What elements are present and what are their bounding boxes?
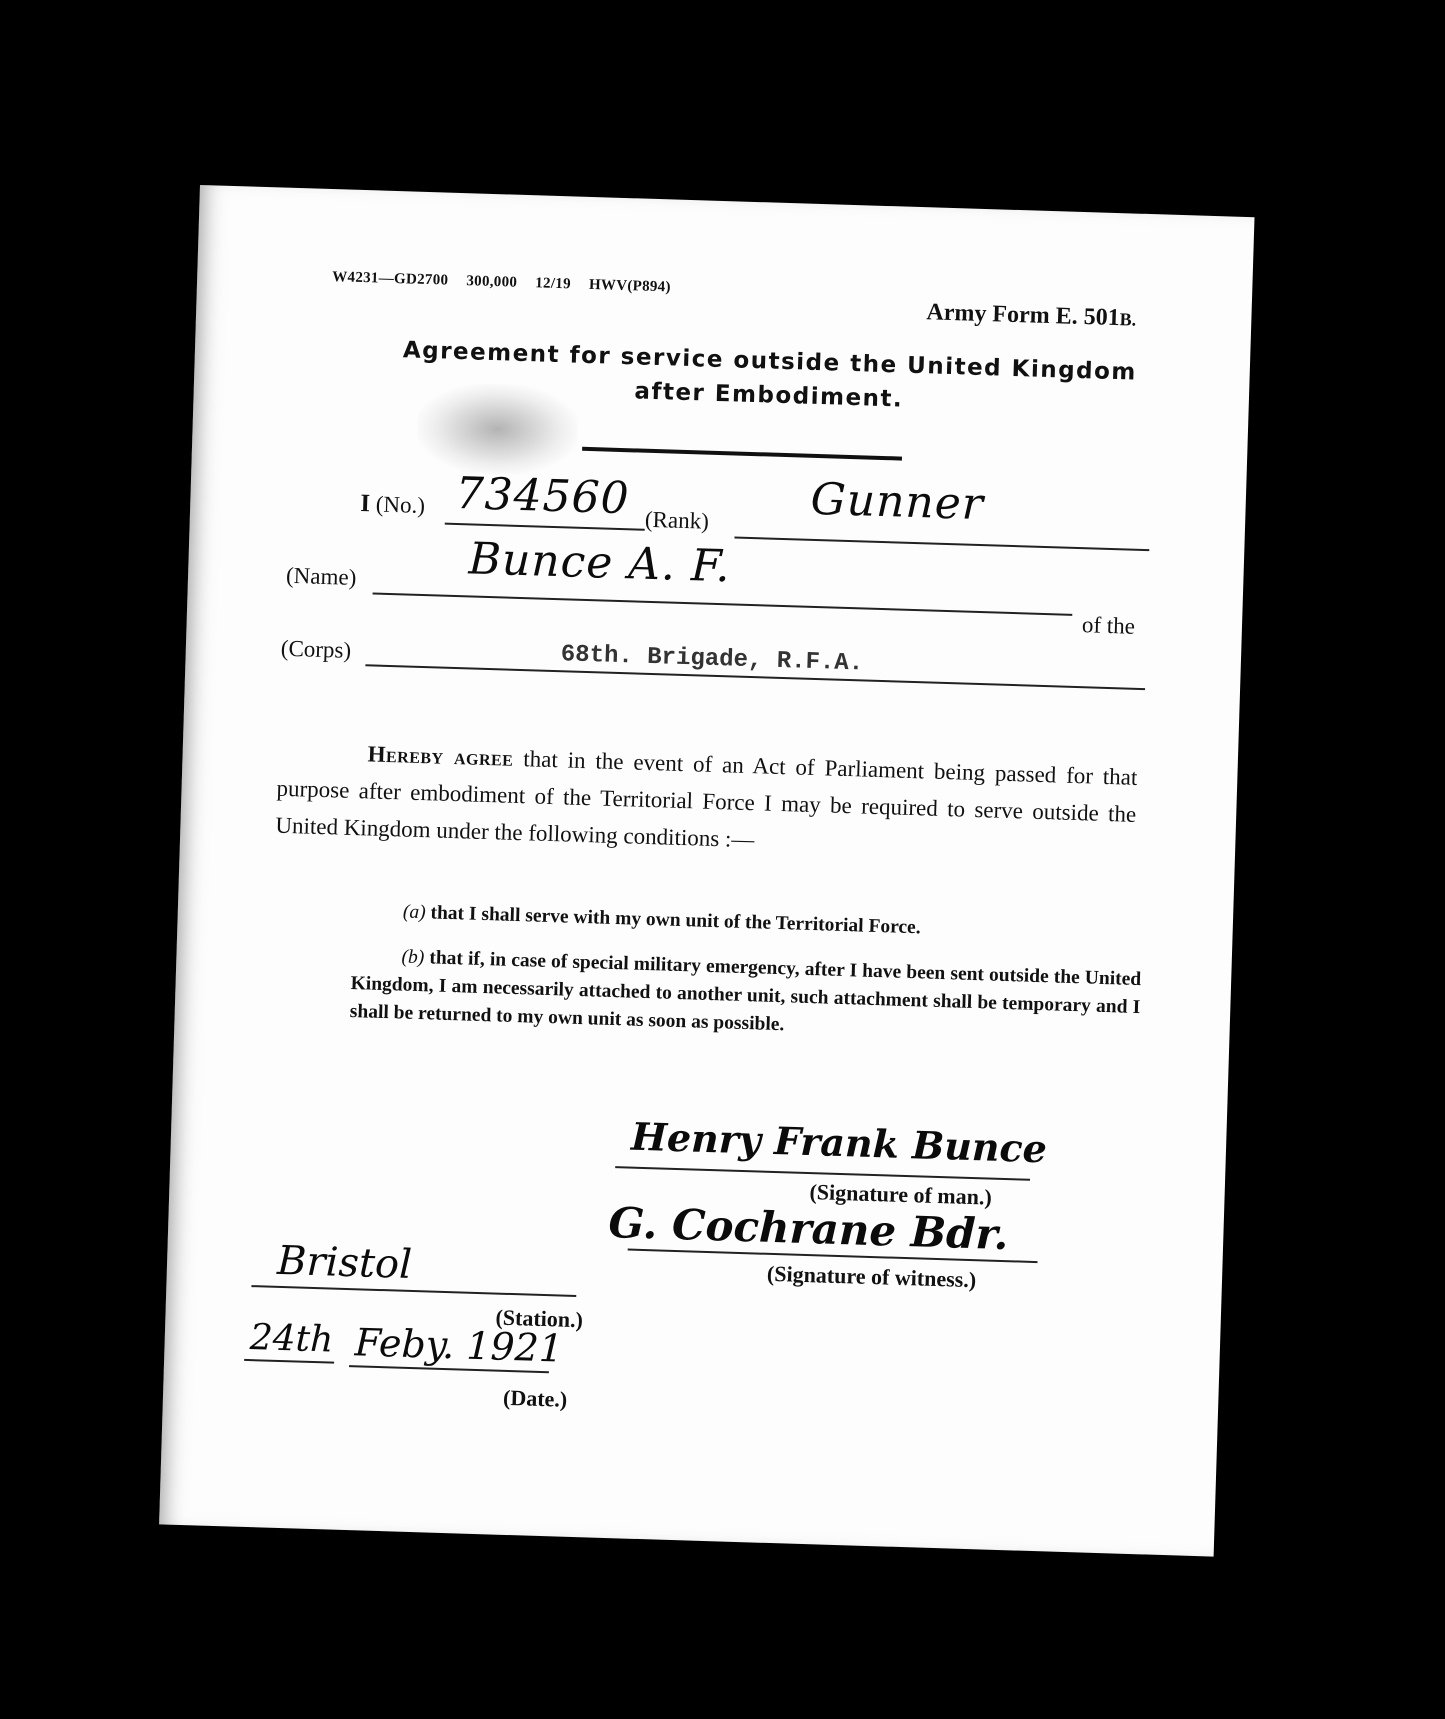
condition-b-marker: (b) <box>401 947 424 969</box>
agreement-paragraph: Hereby agree that in the event of an Act… <box>275 733 1138 870</box>
name-label: (Name) <box>286 563 357 591</box>
condition-b: (b) that if, in case of special military… <box>349 942 1141 1050</box>
station-field[interactable]: Bristol <box>276 1238 412 1288</box>
ink-smudge <box>416 382 579 477</box>
form-number: Army Form E. 501B. <box>926 299 1137 332</box>
print-code: W4231—GD2700 300,000 12/19 HWV(P894) <box>332 269 685 297</box>
number-label: (No.) <box>375 492 425 518</box>
form-number-prefix: Army Form E. 501 <box>926 299 1120 331</box>
rank-line <box>734 536 1149 551</box>
condition-a-marker: (a) <box>403 902 426 924</box>
army-form-paper: W4231—GD2700 300,000 12/19 HWV(P894) Arm… <box>159 185 1254 1557</box>
title-rule <box>582 447 902 461</box>
name-line <box>373 592 1073 615</box>
man-signature[interactable]: Henry Frank Bunce <box>630 1114 1047 1172</box>
rank-label: (Rank) <box>645 507 710 535</box>
condition-a-text: that I shall serve with my own unit of t… <box>425 902 921 938</box>
hereby-agree: Hereby agree <box>367 741 514 770</box>
condition-b-text: that if, in case of special military eme… <box>350 947 1142 1035</box>
date-day-field[interactable]: 24th <box>249 1317 334 1361</box>
corps-label: (Corps) <box>280 636 351 664</box>
print-code-ref: W4231—GD2700 <box>332 269 449 289</box>
intro-I-label: I (No.) <box>360 490 425 520</box>
of-the-label: of the <box>1082 612 1136 640</box>
rank-field[interactable]: Gunner <box>810 474 985 530</box>
intro-I: I <box>360 490 371 517</box>
date-label: (Date.) <box>503 1385 568 1413</box>
name-field[interactable]: Bunce A. F. <box>468 533 732 592</box>
print-code-printer: HWV(P894) <box>589 277 671 295</box>
print-code-quantity: 300,000 <box>466 273 517 291</box>
date-month-year-field[interactable]: Feby. 1921 <box>354 1320 564 1370</box>
condition-a: (a) that I shall serve with my own unit … <box>403 902 1143 947</box>
form-number-suffix: B. <box>1119 309 1136 329</box>
station-line <box>251 1285 576 1297</box>
number-field[interactable]: 734560 <box>455 468 630 524</box>
witness-signature-label: (Signature of witness.) <box>767 1261 977 1293</box>
print-code-date: 12/19 <box>535 275 571 292</box>
